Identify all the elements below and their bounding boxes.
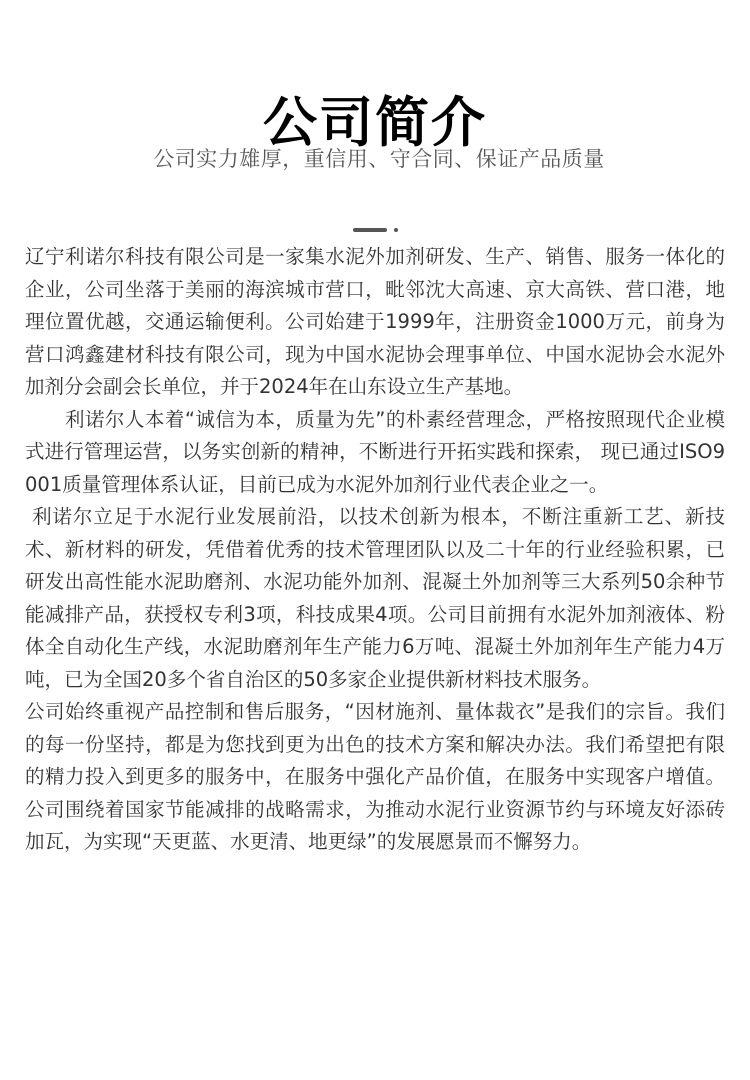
page-subtitle: 公司实力雄厚，重信用、守合同、保证产品质量 [0, 143, 750, 175]
divider-bar [353, 228, 387, 232]
intro-paragraph-technology: 利诺尔立足于水泥行业发展前沿，以技术创新为根本，不断注重新工艺、新技术、新材料的… [25, 501, 725, 696]
intro-paragraph-service: 公司始终重视产品控制和售后服务，“因材施剂、量体裁衣”是我们的宗旨。我们的每一份… [25, 696, 725, 859]
intro-paragraph-overview: 辽宁利诺尔科技有限公司是一家集水泥外加剂研发、生产、销售、服务一体化的企业，公司… [25, 241, 725, 404]
intro-paragraph-philosophy: 利诺尔人本着“诚信为本，质量为先”的朴素经营理念，严格按照现代企业模式进行管理运… [25, 404, 725, 502]
company-intro-body: 辽宁利诺尔科技有限公司是一家集水泥外加剂研发、生产、销售、服务一体化的企业，公司… [25, 241, 725, 859]
divider-dot [394, 228, 398, 232]
title-divider [353, 228, 403, 234]
